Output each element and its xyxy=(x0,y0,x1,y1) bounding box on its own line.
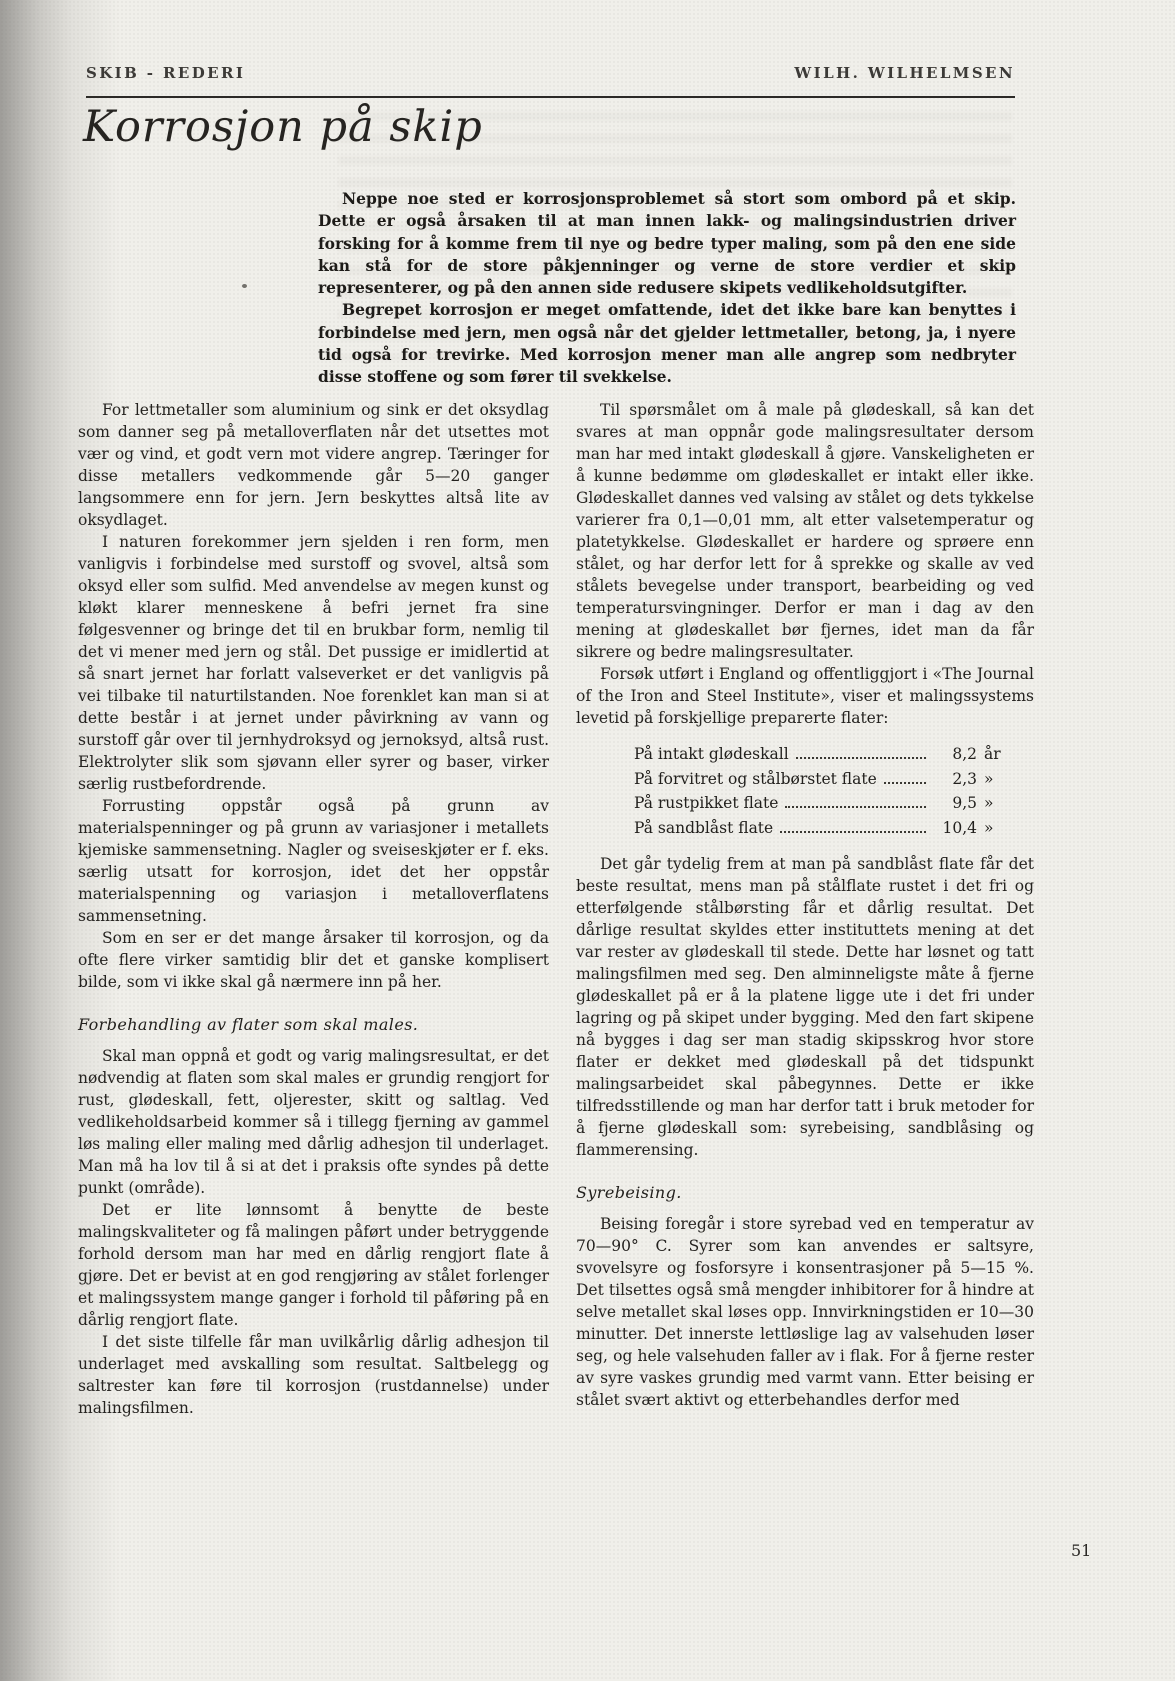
row-value: 9,5 xyxy=(933,791,977,816)
row-value: 10,4 xyxy=(933,816,977,841)
left-column: For lettmetaller som aluminium og sink e… xyxy=(78,399,549,1419)
header-section-label: SKIB - REDERI xyxy=(86,64,245,82)
lede-paragraph: Neppe noe sted er korrosjonsproblemet så… xyxy=(318,188,1016,299)
dot-leader xyxy=(785,793,926,808)
paragraph: Beising foregår i store syrebad ved en t… xyxy=(576,1213,1034,1411)
article-title: Korrosjon på skip xyxy=(83,102,483,152)
page-header: SKIB - REDERI WILH. WILHELMSEN xyxy=(86,64,1015,82)
paragraph: Til spørsmålet om å male på glødeskall, … xyxy=(576,399,1034,663)
table-row: På sandblåst flate10,4» xyxy=(634,816,1010,841)
row-value: 8,2 xyxy=(933,742,977,767)
ink-speck xyxy=(242,284,247,288)
row-value: 2,3 xyxy=(933,767,977,792)
row-label: På forvitret og stålbørstet flate xyxy=(634,767,877,792)
body-columns: For lettmetaller som aluminium og sink e… xyxy=(78,399,1034,1419)
article-lede: Neppe noe sted er korrosjonsproblemet så… xyxy=(318,188,1016,389)
row-label: På intakt glødeskall xyxy=(634,742,789,767)
paragraph: Forsøk utført i England og offentliggjor… xyxy=(576,663,1034,729)
paragraph: I det siste tilfelle får man uvilkårlig … xyxy=(78,1331,549,1419)
paragraph: Som en ser er det mange årsaker til korr… xyxy=(78,927,549,993)
results-table: På intakt glødeskall8,2årPå forvitret og… xyxy=(634,742,1010,840)
dot-leader xyxy=(796,744,926,759)
paragraph: I naturen forekommer jern sjelden i ren … xyxy=(78,531,549,795)
page-number: 51 xyxy=(1071,1541,1091,1560)
section-heading: Forbehandling av flater som skal males. xyxy=(78,1015,549,1034)
right-column: Til spørsmålet om å male på glødeskall, … xyxy=(576,399,1034,1419)
dot-leader xyxy=(884,769,926,784)
row-unit: » xyxy=(984,767,1010,792)
row-unit: » xyxy=(984,816,1010,841)
paragraph: For lettmetaller som aluminium og sink e… xyxy=(78,399,549,531)
paragraph: Det går tydelig frem at man på sandblåst… xyxy=(576,853,1034,1161)
dot-leader xyxy=(780,818,926,833)
header-company-label: WILH. WILHELMSEN xyxy=(794,64,1015,82)
row-unit: » xyxy=(984,791,1010,816)
scanned-magazine-page: SKIB - REDERI WILH. WILHELMSEN Korrosjon… xyxy=(0,0,1175,1681)
paragraph: Det er lite lønnsomt å benytte de beste … xyxy=(78,1199,549,1331)
row-unit: år xyxy=(984,742,1010,767)
paragraph: Skal man oppnå et godt og varig malingsr… xyxy=(78,1045,549,1199)
row-label: På sandblåst flate xyxy=(634,816,773,841)
table-row: På forvitret og stålbørstet flate2,3» xyxy=(634,767,1010,792)
section-heading: Syrebeising. xyxy=(576,1183,1034,1202)
header-rule xyxy=(86,96,1015,98)
table-row: På rustpikket flate9,5» xyxy=(634,791,1010,816)
paragraph: Forrusting oppstår også på grunn av mate… xyxy=(78,795,549,927)
row-label: På rustpikket flate xyxy=(634,791,778,816)
table-row: På intakt glødeskall8,2år xyxy=(634,742,1010,767)
lede-paragraph: Begrepet korrosjon er meget omfattende, … xyxy=(318,299,1016,388)
